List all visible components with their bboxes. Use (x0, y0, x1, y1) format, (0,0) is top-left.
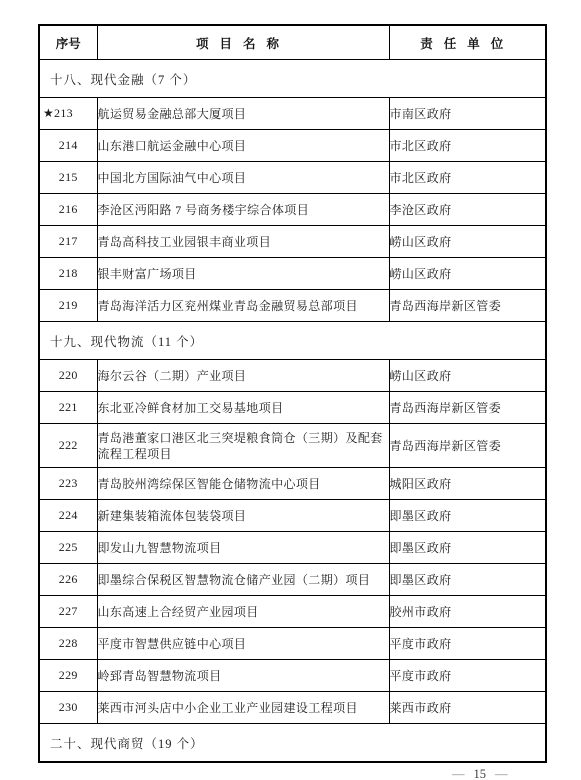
section-title: 十八、现代金融（7 个） (39, 60, 546, 98)
row-responsible-unit: 即墨区政府 (389, 564, 546, 596)
row-serial: 224 (39, 500, 97, 532)
section-title: 十九、现代物流（11 个） (39, 322, 546, 360)
row-project-name: 航运贸易金融总部大厦项目 (97, 98, 389, 130)
row-serial: 223 (39, 468, 97, 500)
row-responsible-unit: 城阳区政府 (389, 468, 546, 500)
document-page: 序号 项目名称 责任单位 十八、现代金融（7 个） ★213 航运贸易金融总部大… (0, 0, 581, 780)
row-responsible-unit: 崂山区政府 (389, 226, 546, 258)
row-responsible-unit: 即墨区政府 (389, 500, 546, 532)
page-number-value: 15 (465, 767, 496, 780)
table-row: 229 岭郅青岛智慧物流项目 平度市政府 (39, 660, 546, 692)
table-row: 216 李沧区沔阳路 7 号商务楼宇综合体项目 李沧区政府 (39, 194, 546, 226)
row-project-name: 中国北方国际油气中心项目 (97, 162, 389, 194)
section-title: 二十、现代商贸（19 个） (39, 724, 546, 763)
row-serial: 225 (39, 532, 97, 564)
section-row-modern-logistics: 十九、现代物流（11 个） (39, 322, 546, 360)
page-number-dash-right: — (495, 767, 508, 780)
row-serial: 230 (39, 692, 97, 724)
row-responsible-unit: 市北区政府 (389, 130, 546, 162)
row-serial: 219 (39, 290, 97, 322)
row-project-name: 青岛海洋活力区兖州煤业青岛金融贸易总部项目 (97, 290, 389, 322)
row-responsible-unit: 青岛西海岸新区管委 (389, 290, 546, 322)
row-responsible-unit: 市南区政府 (389, 98, 546, 130)
row-responsible-unit: 市北区政府 (389, 162, 546, 194)
row-responsible-unit: 李沧区政府 (389, 194, 546, 226)
row-responsible-unit: 崂山区政府 (389, 360, 546, 392)
row-project-name: 山东港口航运金融中心项目 (97, 130, 389, 162)
row-responsible-unit: 莱西市政府 (389, 692, 546, 724)
section-row-modern-finance: 十八、现代金融（7 个） (39, 60, 546, 98)
table-row: 224 新建集装箱流体包装袋项目 即墨区政府 (39, 500, 546, 532)
row-serial: 217 (39, 226, 97, 258)
row-project-name: 青岛胶州湾综保区智能仓储物流中心项目 (97, 468, 389, 500)
table-row: 214 山东港口航运金融中心项目 市北区政府 (39, 130, 546, 162)
table-row: 222 青岛港董家口港区北三突堤粮食筒仓（三期）及配套流程工程项目 青岛西海岸新… (39, 424, 546, 468)
row-project-name: 李沧区沔阳路 7 号商务楼宇综合体项目 (97, 194, 389, 226)
row-project-name: 山东高速上合经贸产业园项目 (97, 596, 389, 628)
row-project-name: 银丰财富广场项目 (97, 258, 389, 290)
row-responsible-unit: 青岛西海岸新区管委 (389, 424, 546, 468)
table-row: 226 即墨综合保税区智慧物流仓储产业园（二期）项目 即墨区政府 (39, 564, 546, 596)
row-serial: 227 (39, 596, 97, 628)
table-row: 217 青岛高科技工业园银丰商业项目 崂山区政府 (39, 226, 546, 258)
row-project-name: 即发山九智慧物流项目 (97, 532, 389, 564)
table-row: ★213 航运贸易金融总部大厦项目 市南区政府 (39, 98, 546, 130)
table-header-row: 序号 项目名称 责任单位 (39, 25, 546, 60)
table-row: 220 海尔云谷（二期）产业项目 崂山区政府 (39, 360, 546, 392)
header-col-project-name: 项目名称 (97, 25, 389, 60)
row-serial: 216 (39, 194, 97, 226)
row-project-name: 青岛港董家口港区北三突堤粮食筒仓（三期）及配套流程工程项目 (97, 424, 389, 468)
row-project-name: 新建集装箱流体包装袋项目 (97, 500, 389, 532)
table-row: 219 青岛海洋活力区兖州煤业青岛金融贸易总部项目 青岛西海岸新区管委 (39, 290, 546, 322)
row-responsible-unit: 即墨区政府 (389, 532, 546, 564)
row-responsible-unit: 胶州市政府 (389, 596, 546, 628)
table-row: 223 青岛胶州湾综保区智能仓储物流中心项目 城阳区政府 (39, 468, 546, 500)
row-serial: 218 (39, 258, 97, 290)
page-number: —15— (452, 767, 508, 780)
row-project-name: 莱西市河头店中小企业工业产业园建设工程项目 (97, 692, 389, 724)
row-serial: ★213 (39, 98, 97, 130)
row-serial: 226 (39, 564, 97, 596)
row-project-name: 青岛高科技工业园银丰商业项目 (97, 226, 389, 258)
row-responsible-unit: 平度市政府 (389, 628, 546, 660)
table-row: 230 莱西市河头店中小企业工业产业园建设工程项目 莱西市政府 (39, 692, 546, 724)
section-row-modern-commerce: 二十、现代商贸（19 个） (39, 724, 546, 763)
table-row: 218 银丰财富广场项目 崂山区政府 (39, 258, 546, 290)
row-serial: 228 (39, 628, 97, 660)
project-table: 序号 项目名称 责任单位 十八、现代金融（7 个） ★213 航运贸易金融总部大… (38, 24, 547, 763)
row-serial: 214 (39, 130, 97, 162)
row-project-name: 平度市智慧供应链中心项目 (97, 628, 389, 660)
page-number-dash-left: — (452, 767, 465, 780)
table-row: 227 山东高速上合经贸产业园项目 胶州市政府 (39, 596, 546, 628)
row-serial: 215 (39, 162, 97, 194)
table-row: 221 东北亚冷鲜食材加工交易基地项目 青岛西海岸新区管委 (39, 392, 546, 424)
row-project-name: 海尔云谷（二期）产业项目 (97, 360, 389, 392)
row-project-name: 即墨综合保税区智慧物流仓储产业园（二期）项目 (97, 564, 389, 596)
row-responsible-unit: 青岛西海岸新区管委 (389, 392, 546, 424)
table-row: 228 平度市智慧供应链中心项目 平度市政府 (39, 628, 546, 660)
table-row: 215 中国北方国际油气中心项目 市北区政府 (39, 162, 546, 194)
row-serial: 222 (39, 424, 97, 468)
row-serial: 221 (39, 392, 97, 424)
row-responsible-unit: 崂山区政府 (389, 258, 546, 290)
row-serial: 229 (39, 660, 97, 692)
row-project-name: 东北亚冷鲜食材加工交易基地项目 (97, 392, 389, 424)
table-row: 225 即发山九智慧物流项目 即墨区政府 (39, 532, 546, 564)
row-responsible-unit: 平度市政府 (389, 660, 546, 692)
header-col-serial: 序号 (39, 25, 97, 60)
row-serial: 220 (39, 360, 97, 392)
row-project-name: 岭郅青岛智慧物流项目 (97, 660, 389, 692)
header-col-responsible-unit: 责任单位 (389, 25, 546, 60)
